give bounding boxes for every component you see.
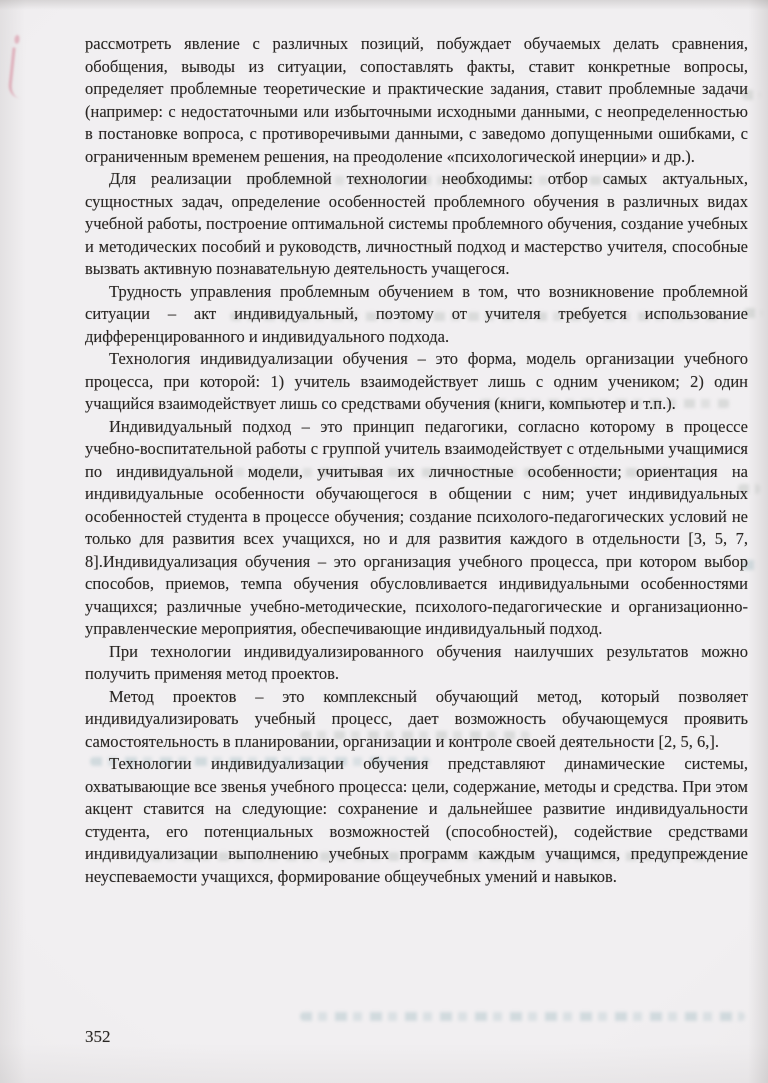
bleedthrough-smudge [300,1012,745,1021]
paragraph: Технология индивидуализации обучения – э… [85,348,748,416]
page-number: 352 [85,1027,111,1047]
page-text: рассмотреть явление с различных позиций,… [85,33,748,888]
paragraph: Технологии индивидуализации обучения пре… [85,753,748,888]
pink-margin-mark [7,47,25,98]
paragraph: рассмотреть явление с различных позиций,… [85,33,748,168]
paragraph: При технологии индивидуализированного об… [85,641,748,686]
paragraph: Для реализации проблемной технологии нео… [85,168,748,281]
book-page: рассмотреть явление с различных позиций,… [0,0,768,1083]
paragraph: Индивидуальный подход – это принцип педа… [85,416,748,641]
paragraph: Трудность управления проблемным обучение… [85,281,748,349]
paragraph: Метод проектов – это комплексный обучающ… [85,686,748,754]
